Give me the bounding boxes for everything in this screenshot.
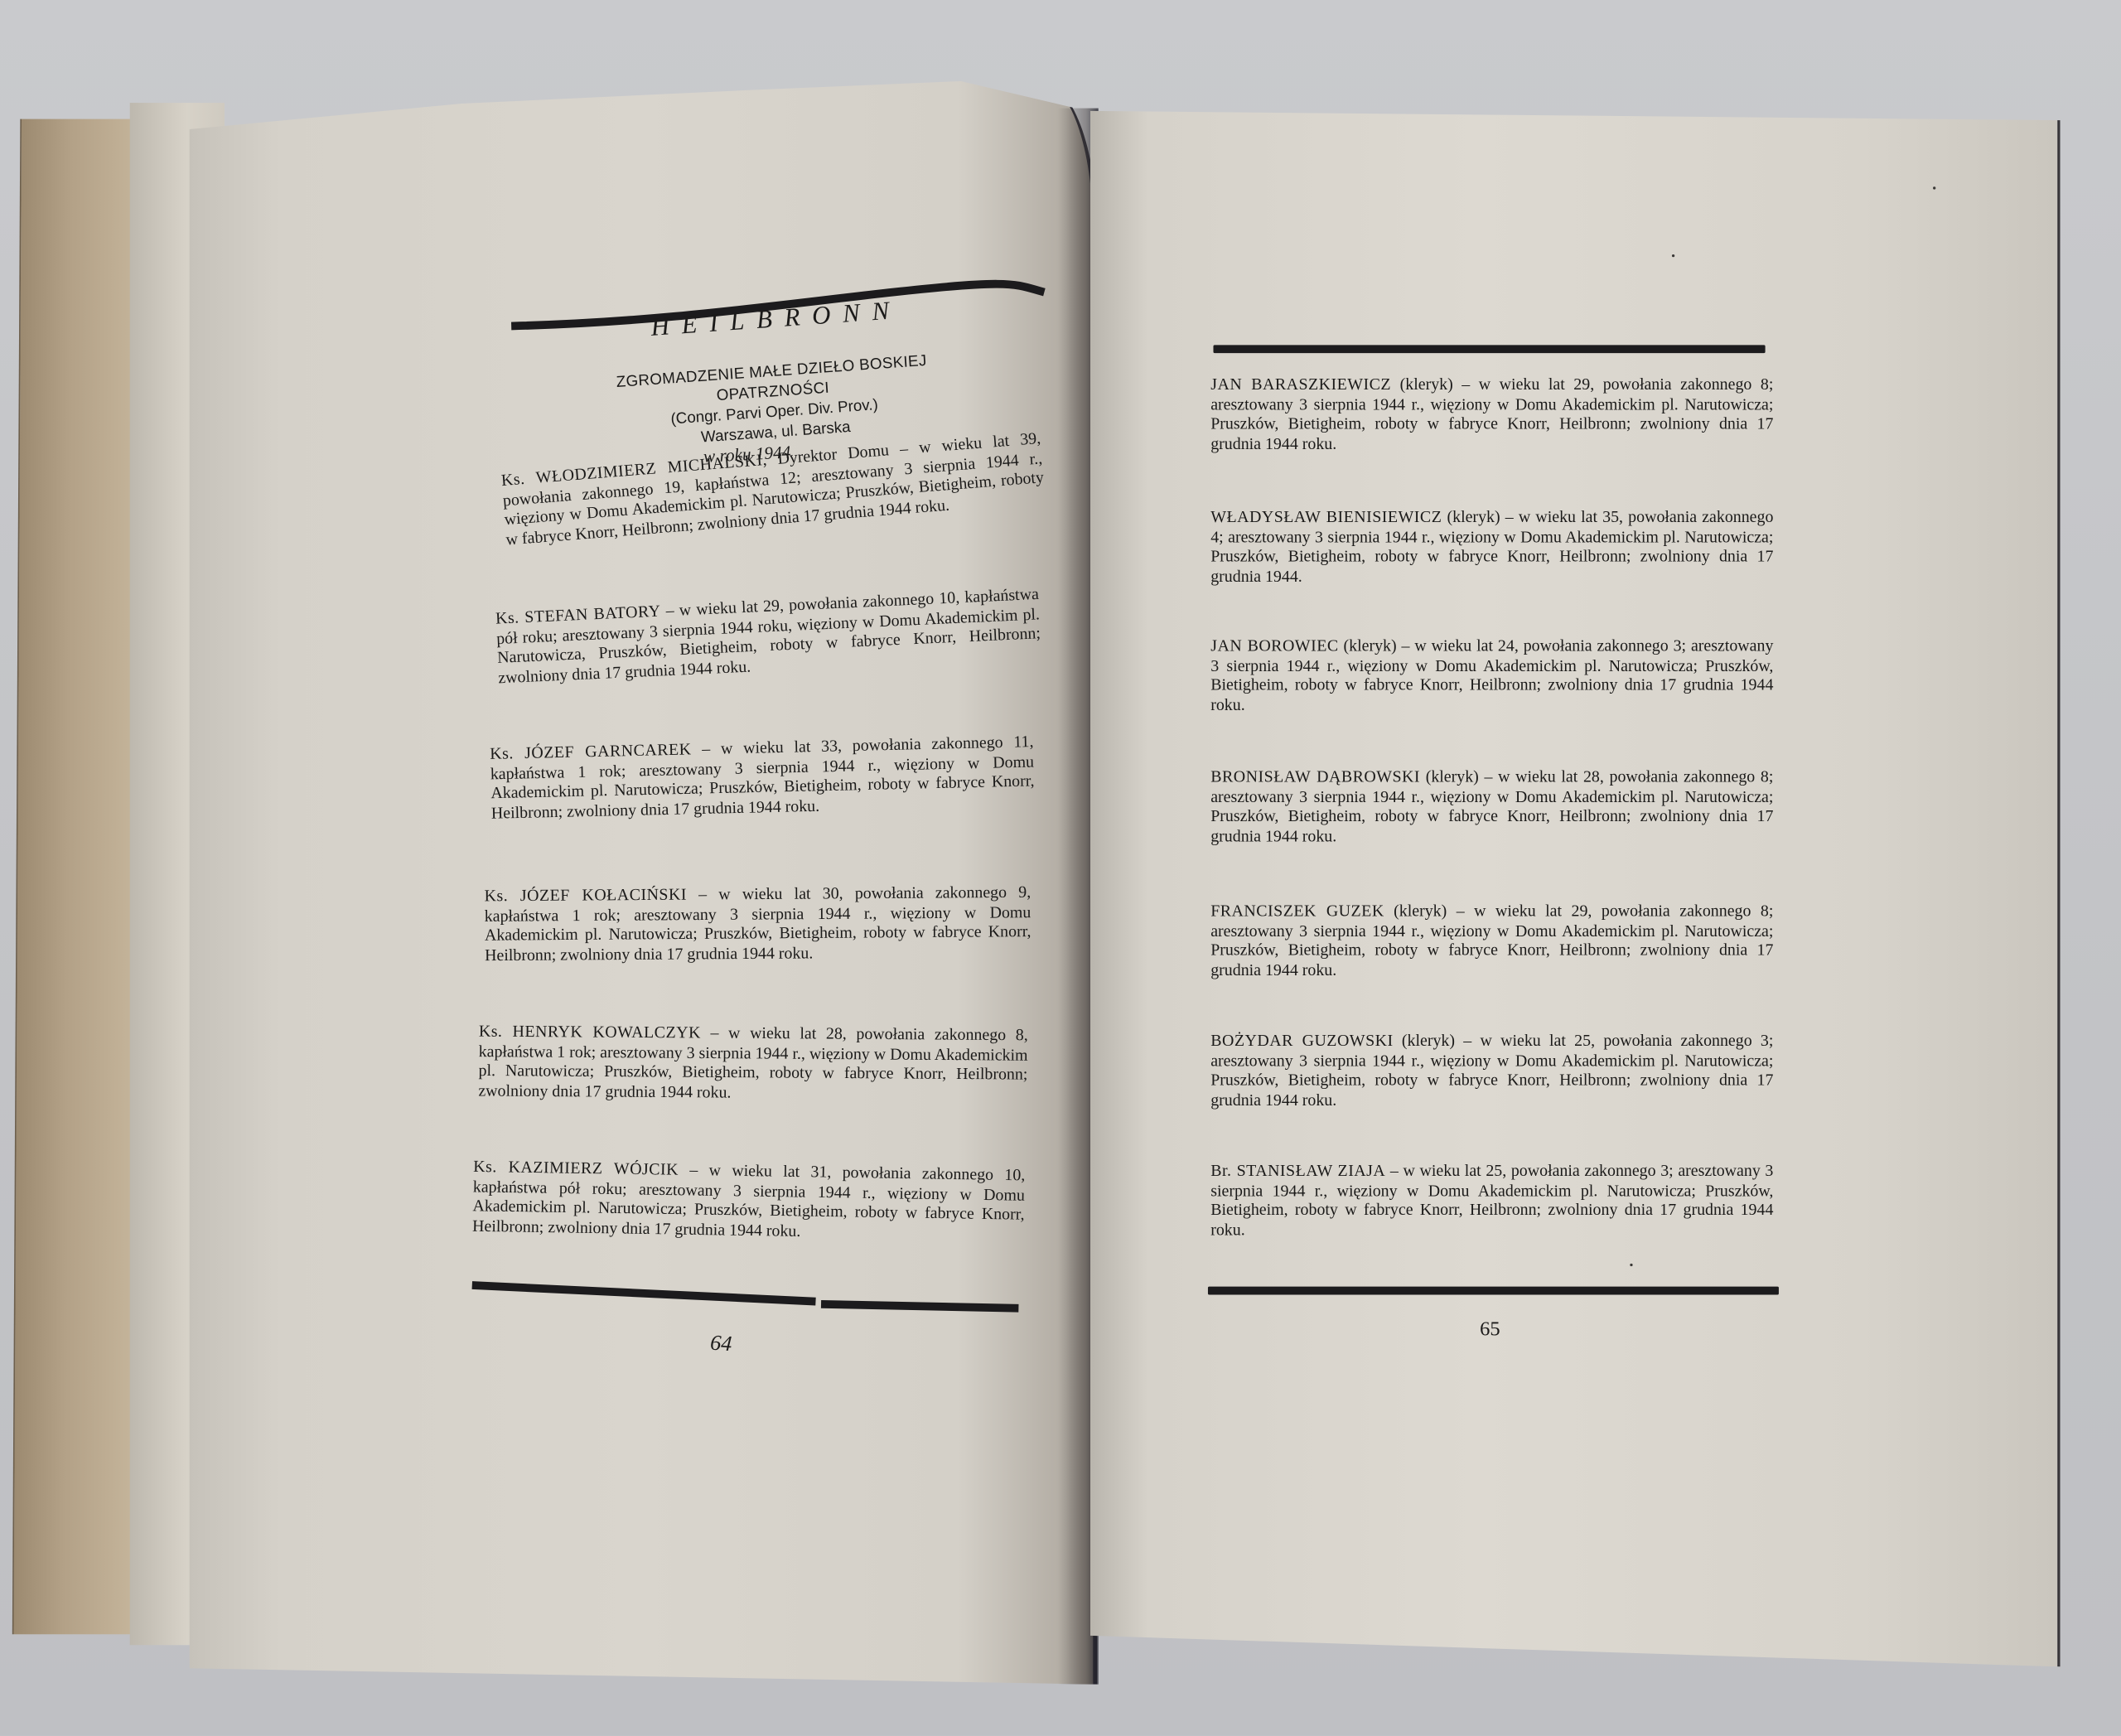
entry-right-1: JAN BARASZKIEWICZ (kleryk) – w wieku lat… xyxy=(1210,375,1773,453)
entry-left-3: Ks. JÓZEF GARNCAREK – w wieku lat 33, po… xyxy=(490,732,1035,823)
entry-name: JAN BARASZKIEWICZ xyxy=(1210,375,1391,394)
entry-name: BRONISŁAW DĄBROWSKI xyxy=(1210,767,1420,786)
entry-name: Br. STANISŁAW ZIAJA xyxy=(1210,1161,1385,1180)
bottom-ornament-rule-right xyxy=(1208,1287,1779,1295)
paper-speck xyxy=(1672,254,1674,257)
book-cover-edge xyxy=(12,119,146,1635)
entry-left-4: Ks. JÓZEF KOŁACIŃSKI – w wieku lat 30, p… xyxy=(484,883,1031,965)
page-number-left: 64 xyxy=(709,1332,732,1357)
entry-name: FRANCISZEK GUZEK xyxy=(1210,901,1384,920)
paper-speck xyxy=(1630,1264,1632,1266)
entry-name: Ks. HENRYK KOWALCZYK xyxy=(479,1022,701,1042)
entry-name: WŁADYSŁAW BIENISIEWICZ xyxy=(1210,507,1442,526)
top-ornament-rule-right xyxy=(1213,345,1765,353)
entry-name: Ks. JÓZEF KOŁACIŃSKI xyxy=(484,885,687,906)
entry-right-6: BOŻYDAR GUZOWSKI (kleryk) – w wieku lat … xyxy=(1210,1031,1773,1110)
entry-right-4: BRONISŁAW DĄBROWSKI (kleryk) – w wieku l… xyxy=(1210,767,1773,846)
entry-left-6: Ks. KAZIMIERZ WÓJCIK – w wieku lat 31, p… xyxy=(472,1157,1026,1245)
entry-right-2: WŁADYSŁAW BIENISIEWICZ (kleryk) – w wiek… xyxy=(1210,507,1773,586)
entry-name: BOŻYDAR GUZOWSKI xyxy=(1210,1031,1393,1050)
photo-of-open-book: HEILBRONN ZGROMADZENIE MAŁE DZIEŁO BOSKI… xyxy=(0,0,2121,1735)
entry-name: Ks. KAZIMIERZ WÓJCIK xyxy=(473,1157,679,1179)
paper-speck xyxy=(1933,186,1935,189)
page-number-right: 65 xyxy=(1480,1319,1500,1342)
bottom-ornament-rule-left xyxy=(466,1274,1028,1315)
entry-right-5: FRANCISZEK GUZEK (kleryk) – w wieku lat … xyxy=(1210,901,1773,979)
entry-name: JAN BOROWIEC xyxy=(1210,636,1338,655)
entry-right-3: JAN BOROWIEC (kleryk) – w wieku lat 24, … xyxy=(1210,636,1773,714)
entry-left-5: Ks. HENRYK KOWALCZYK – w wieku lat 28, p… xyxy=(478,1022,1028,1105)
entry-right-7: Br. STANISŁAW ZIAJA – w wieku lat 25, po… xyxy=(1210,1161,1773,1240)
